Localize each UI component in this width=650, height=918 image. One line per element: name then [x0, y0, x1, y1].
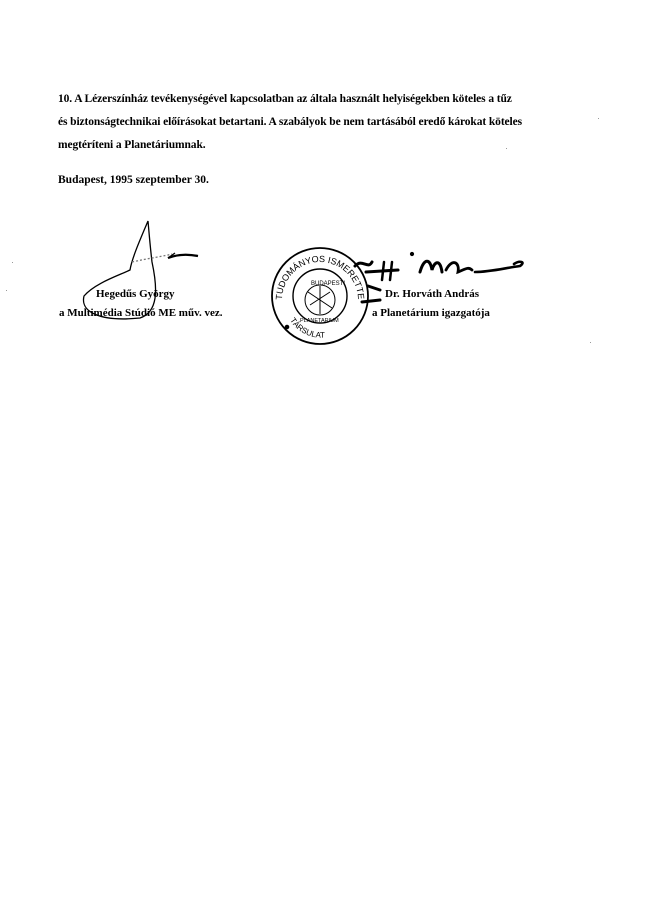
left-signatory-name: Hegedűs György [96, 288, 175, 300]
scan-speck [506, 148, 507, 149]
right-signatory-title: a Planetárium igazgatója [372, 307, 490, 319]
scan-speck [6, 290, 7, 291]
left-signatory-title: a Multimédia Stúdió ME műv. vez. [59, 307, 222, 319]
scan-speck [12, 262, 13, 263]
left-signature-icon [83, 221, 198, 319]
planetarium-stamp-icon: TUDOMÁNYOS ISMERETTERJESZTŐ TÁRSULAT BUD… [0, 0, 368, 344]
signatures-and-stamp: TUDOMÁNYOS ISMERETTERJESZTŐ TÁRSULAT BUD… [0, 0, 650, 918]
svg-text:BUDAPESTI: BUDAPESTI [311, 281, 345, 287]
svg-text:PLANETARIUM: PLANETARIUM [300, 318, 339, 324]
scan-speck [598, 118, 599, 119]
right-signatory-name: Dr. Horváth András [385, 288, 479, 300]
scan-speck [590, 342, 591, 343]
